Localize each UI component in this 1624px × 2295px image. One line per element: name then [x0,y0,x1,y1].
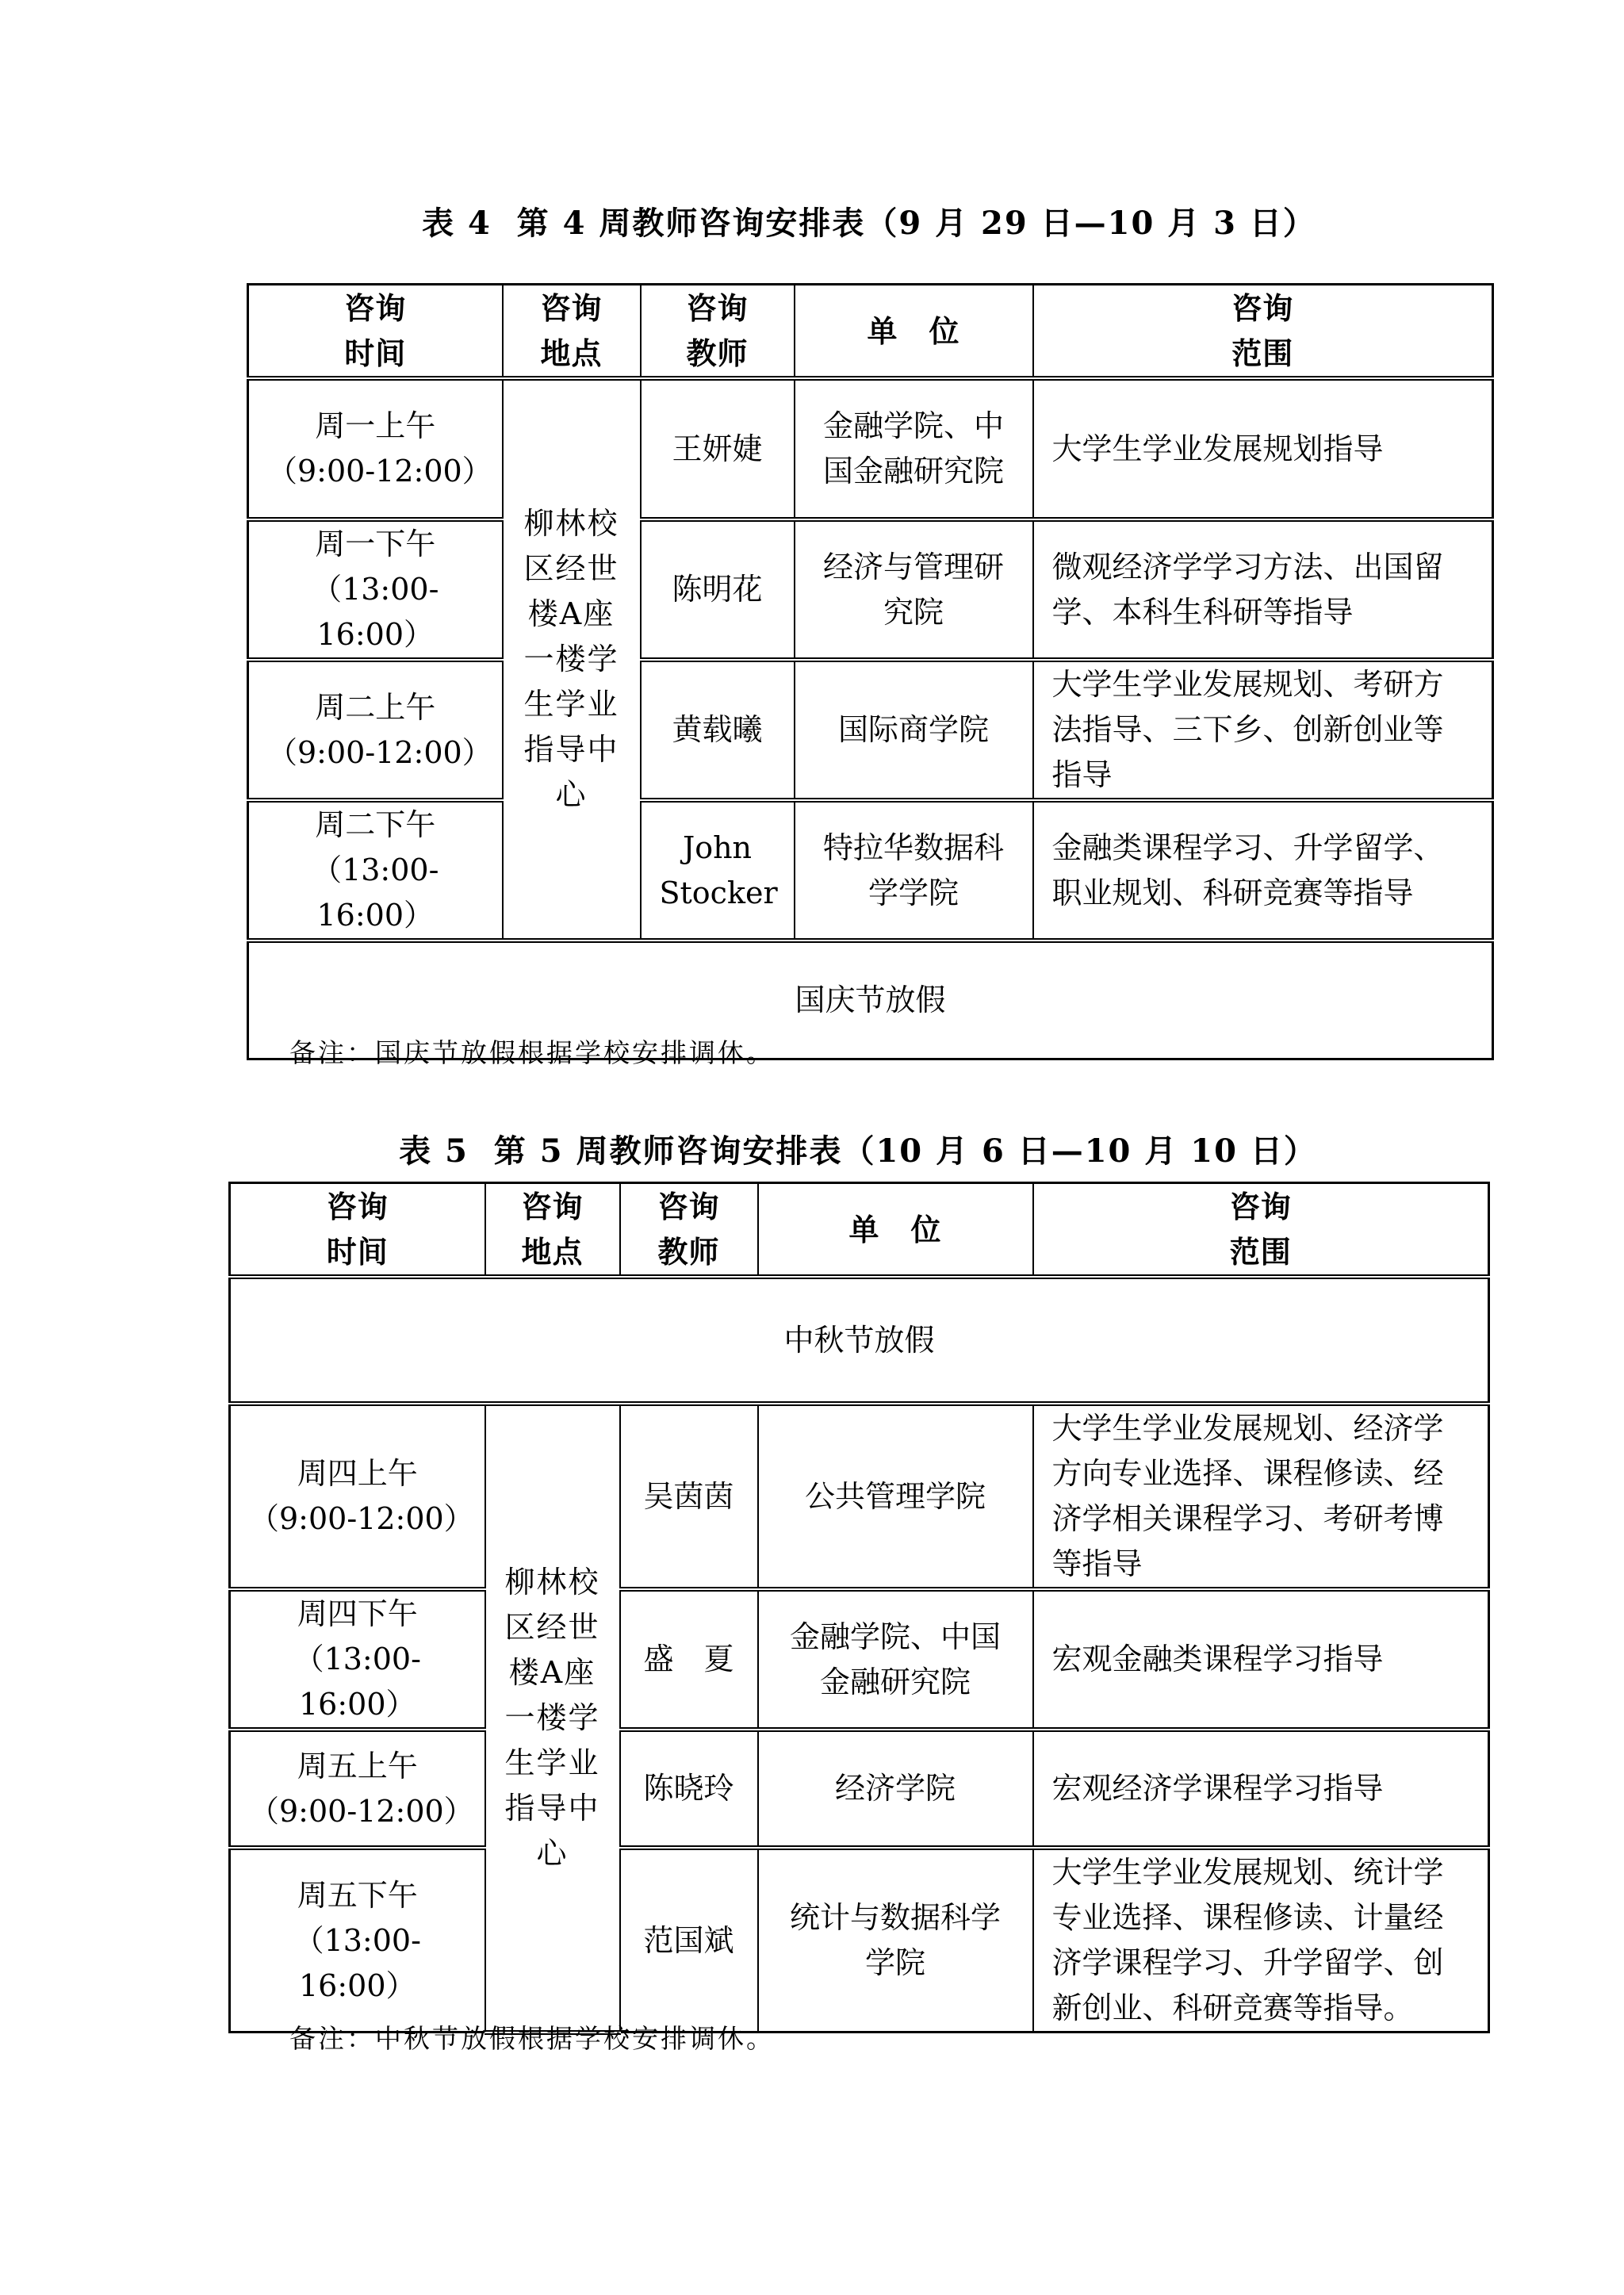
schedule-row: 周四下午 （13:00-16:00） 盛 夏 金融学院、中国金融研究院 宏观金融… [230,1589,1489,1730]
scope-cell: 宏观经济学课程学习指导 [1033,1730,1489,1848]
teacher-cell: 黄载曦 [641,660,795,800]
unit-cell: 金融学院、中国金融研究院 [795,378,1033,519]
table5-note: 备注：中秋节放假根据学校安排调休。 [289,2018,775,2056]
unit-cell: 公共管理学院 [758,1404,1033,1589]
scope-cell: 微观经济学学习方法、出国留学、本科生科研等指导 [1033,519,1493,660]
scope-cell: 金融类课程学习、升学留学、职业规划、科研竞赛等指导 [1033,800,1493,941]
scope-cell: 大学生学业发展规划、考研方法指导、三下乡、创新创业等指导 [1033,660,1493,800]
teacher-cell: John Stocker [641,800,795,941]
teacher-cell: 范国斌 [620,1848,758,2033]
table4-title: 表 4 第 4 周教师咨询安排表（9 月 29 日—10 月 3 日） [247,198,1492,243]
unit-cell: 经济与管理研究院 [795,519,1033,660]
header-row: 咨询 时间 咨询 地点 咨询 教师 单 位 咨询 范围 [248,285,1493,379]
location-cell: 柳林校区经世楼A座一楼学生学业指导中心 [503,378,641,941]
schedule-row: 周五上午 （9:00-12:00） 陈晓玲 经济学院 宏观经济学课程学习指导 [230,1730,1489,1848]
table4-note: 备注：国庆节放假根据学校安排调休。 [289,1033,775,1070]
unit-cell: 统计与数据科学学院 [758,1848,1033,2033]
header-consult-location: 咨询 地点 [503,285,641,379]
time-cell: 周一下午 （13:00-16:00） [248,519,503,660]
document-page: 表 4 第 4 周教师咨询安排表（9 月 29 日—10 月 3 日） 咨询 时… [0,0,1624,2295]
header-row: 咨询 时间 咨询 地点 咨询 教师 单 位 咨询 范围 [230,1183,1489,1278]
week4-schedule-table: 咨询 时间 咨询 地点 咨询 教师 单 位 咨询 范围 周一上午 （9:00-1… [247,283,1494,1060]
teacher-cell: 陈晓玲 [620,1730,758,1848]
header-consult-location: 咨询 地点 [485,1183,620,1278]
schedule-row: 周四上午 （9:00-12:00） 柳林校区经世楼A座一楼学生学业指导中心 吴茵… [230,1404,1489,1589]
unit-cell: 金融学院、中国金融研究院 [758,1589,1033,1730]
header-consult-time: 咨询 时间 [248,285,503,379]
header-unit: 单 位 [795,285,1033,379]
scope-cell: 宏观金融类课程学习指导 [1033,1589,1489,1730]
unit-cell: 特拉华数据科学学院 [795,800,1033,941]
week5-schedule-table: 咨询 时间 咨询 地点 咨询 教师 单 位 咨询 范围 中秋节放假 周四上午 （… [228,1182,1490,2035]
schedule-row: 周二上午 （9:00-12:00） 黄载曦 国际商学院 大学生学业发展规划、考研… [248,660,1493,800]
teacher-cell: 盛 夏 [620,1589,758,1730]
table5-title: 表 5 第 5 周教师咨询安排表（10 月 6 日—10 月 10 日） [228,1126,1488,1171]
header-consult-teacher: 咨询 教师 [620,1183,758,1278]
time-cell: 周二下午 （13:00-16:00） [248,800,503,941]
time-cell: 周一上午 （9:00-12:00） [248,378,503,519]
holiday-row: 中秋节放假 [230,1277,1489,1404]
scope-cell: 大学生学业发展规划指导 [1033,378,1493,519]
header-consult-scope: 咨询 范围 [1033,285,1493,379]
header-consult-scope: 咨询 范围 [1033,1183,1489,1278]
time-cell: 周四上午 （9:00-12:00） [230,1404,485,1589]
schedule-row: 周五下午 （13:00-16:00） 范国斌 统计与数据科学学院 大学生学业发展… [230,1848,1489,2033]
unit-cell: 国际商学院 [795,660,1033,800]
header-unit: 单 位 [758,1183,1033,1278]
holiday-cell: 中秋节放假 [230,1277,1489,1404]
schedule-row: 周二下午 （13:00-16:00） John Stocker 特拉华数据科学学… [248,800,1493,941]
location-cell: 柳林校区经世楼A座一楼学生学业指导中心 [485,1404,620,2033]
teacher-cell: 吴茵茵 [620,1404,758,1589]
time-cell: 周四下午 （13:00-16:00） [230,1589,485,1730]
header-consult-teacher: 咨询 教师 [641,285,795,379]
unit-cell: 经济学院 [758,1730,1033,1848]
scope-cell: 大学生学业发展规划、经济学方向专业选择、课程修读、经济学相关课程学习、考研考博等… [1033,1404,1489,1589]
time-cell: 周五下午 （13:00-16:00） [230,1848,485,2033]
time-cell: 周五上午 （9:00-12:00） [230,1730,485,1848]
teacher-cell: 王妍婕 [641,378,795,519]
time-cell: 周二上午 （9:00-12:00） [248,660,503,800]
header-consult-time: 咨询 时间 [230,1183,485,1278]
schedule-row: 周一上午 （9:00-12:00） 柳林校区经世楼A座一楼学生学业指导中心 王妍… [248,378,1493,519]
teacher-cell: 陈明花 [641,519,795,660]
scope-cell: 大学生学业发展规划、统计学专业选择、课程修读、计量经济学课程学习、升学留学、创新… [1033,1848,1489,2033]
schedule-row: 周一下午 （13:00-16:00） 陈明花 经济与管理研究院 微观经济学学习方… [248,519,1493,660]
